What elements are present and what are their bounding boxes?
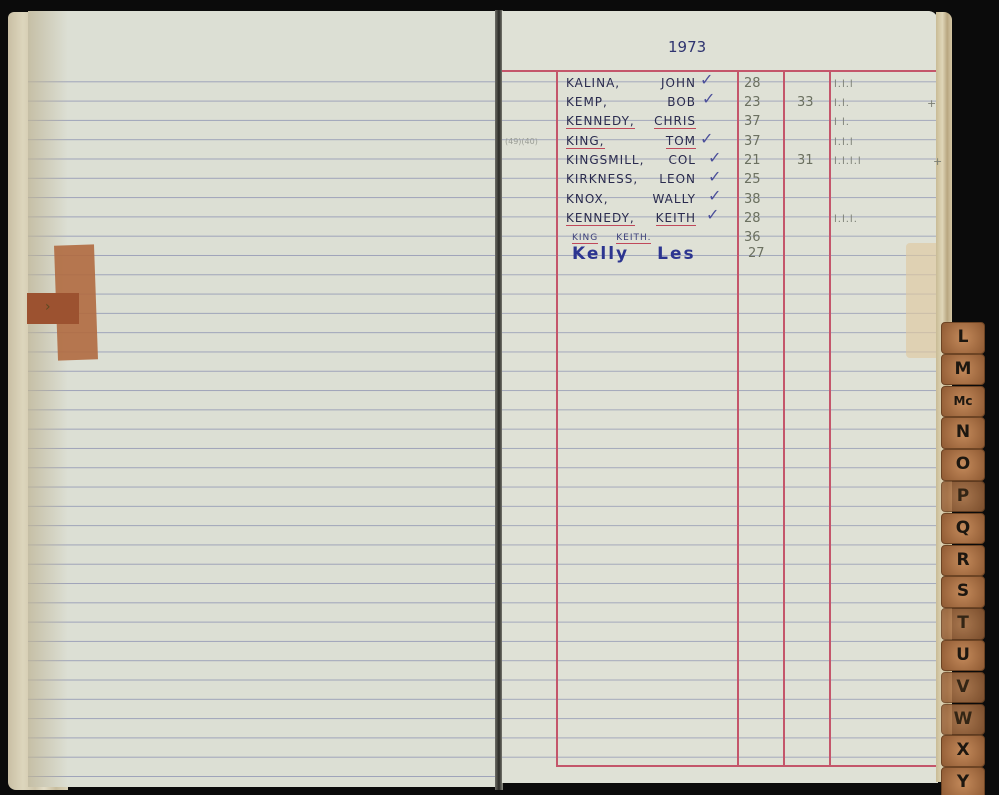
index-tab-l[interactable]: L — [941, 322, 985, 354]
check-mark-icon: ✓ — [708, 186, 721, 205]
entry-tally: l.l.l. — [834, 214, 858, 225]
entry-col1: 36 — [744, 230, 761, 245]
plus-mark-icon: + — [933, 155, 942, 168]
entry-name: KEMP,BOB — [566, 95, 696, 109]
check-mark-icon: ✓ — [700, 129, 713, 148]
red-rule-top — [502, 70, 936, 72]
entry-name: KENNEDY,CHRIS — [566, 114, 696, 129]
check-mark-icon: ✓ — [702, 89, 715, 108]
alphabet-index-tabs: L M Mc N O P Q R S T U V W X Y — [941, 322, 985, 795]
index-tab-q[interactable]: Q — [941, 513, 985, 545]
entry-name: KINGSMILL,COL — [566, 153, 696, 167]
entry-col1: 37 — [744, 134, 761, 149]
check-mark-icon: ✓ — [706, 205, 719, 224]
left-page — [28, 11, 498, 787]
entry-col1: 28 — [744, 76, 761, 91]
entry-col2: 31 — [797, 153, 814, 168]
red-rule-col1 — [737, 70, 739, 766]
check-mark-icon: ✓ — [700, 70, 713, 89]
index-tab-p[interactable]: P — [941, 481, 985, 513]
right-page-header-space — [502, 11, 938, 69]
ledger-book: › 1973 (49)(40) KALINA,JOHN KEMP,BOB KEN… — [0, 0, 999, 795]
index-tab-n[interactable]: N — [941, 417, 985, 449]
entry-col2: 33 — [797, 95, 814, 110]
entry-col1: 37 — [744, 114, 761, 129]
left-page-fold-shadow — [28, 11, 68, 787]
entry-name: KINGKEITH. — [572, 233, 702, 244]
arrow-mark-icon: › — [45, 299, 51, 315]
red-rule-bottom — [556, 765, 936, 767]
entry-col1: 28 — [744, 211, 761, 226]
entry-col1: 25 — [744, 172, 761, 187]
index-tab-y[interactable]: Y — [941, 767, 985, 795]
entry-name: KING,TOM — [566, 134, 696, 149]
entry-col1: 23 — [744, 95, 761, 110]
entry-name: KNOX,WALLY — [566, 192, 696, 206]
entry-name: KIRKNESS,LEON — [566, 172, 696, 186]
year-heading: 1973 — [668, 38, 706, 56]
red-rule-col3 — [829, 70, 831, 766]
entry-col1: 38 — [744, 192, 761, 207]
entry-name: KALINA,JOHN — [566, 76, 696, 90]
entry-tally: l.l.l — [834, 79, 854, 90]
entry-col1: 27 — [748, 246, 765, 261]
index-tab-u[interactable]: U — [941, 640, 985, 672]
index-tab-w[interactable]: W — [941, 704, 985, 736]
entry-tally: l l. — [834, 117, 850, 128]
index-tab-r[interactable]: R — [941, 545, 985, 577]
left-page-header-space — [28, 11, 498, 69]
entry-name: KENNEDY,KEITH — [566, 211, 696, 226]
margin-note: (49)(40) — [505, 137, 538, 146]
red-rule-col2 — [783, 70, 785, 766]
plus-mark-icon: + — [927, 97, 936, 110]
index-tab-s[interactable]: S — [941, 576, 985, 608]
index-tab-o[interactable]: O — [941, 449, 985, 481]
index-tab-mc[interactable]: Mc — [941, 386, 985, 418]
index-tab-v[interactable]: V — [941, 672, 985, 704]
index-tab-t[interactable]: T — [941, 608, 985, 640]
check-mark-icon: ✓ — [708, 167, 721, 186]
entry-tally: l.l.l — [834, 137, 854, 148]
check-mark-icon: ✓ — [708, 148, 721, 167]
entry-col1: 21 — [744, 153, 761, 168]
index-tab-m[interactable]: M — [941, 354, 985, 386]
tape-tab: › — [27, 293, 79, 324]
entry-name: KellyLes — [572, 244, 702, 264]
red-rule-name-column — [556, 70, 558, 766]
entry-tally: l.l.l.l — [834, 156, 862, 167]
entry-tally: l.l. — [834, 98, 850, 109]
index-tab-x[interactable]: X — [941, 735, 985, 767]
